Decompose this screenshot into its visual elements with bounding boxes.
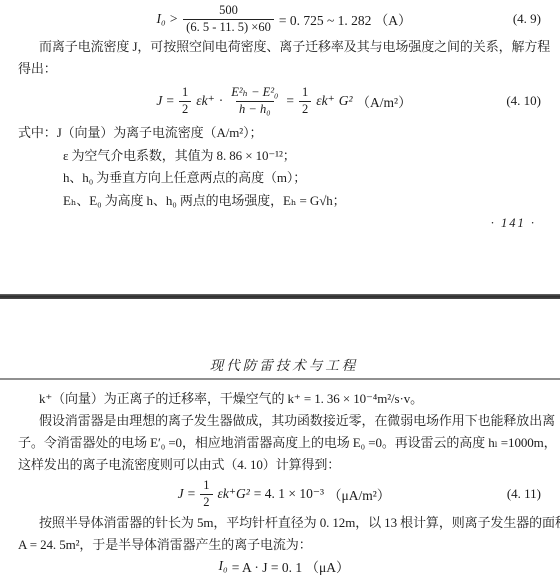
eq410-dot: · bbox=[219, 93, 224, 109]
paragraph-assumption: 假设消雷器是由理想的离子发生器做成，其功函数接近零，在微弱电场作用下也能释放出离… bbox=[18, 410, 550, 476]
definition-epsilon: ε 为空气介电系数，其值为 8. 86 × 10⁻¹²； bbox=[18, 145, 550, 168]
eq410-half-fraction: 1 2 bbox=[179, 85, 191, 117]
eq49-denominator: (6. 5 - 11. 5) ×60 bbox=[183, 19, 274, 36]
eq410-j: J bbox=[156, 93, 162, 109]
eq410-field-num: E²ₕ − E²₀ bbox=[228, 85, 281, 101]
eq411-value: = 4. 1 × 10⁻³ bbox=[254, 486, 324, 502]
eq410-equals: = bbox=[166, 93, 174, 109]
paragraph-line: 子。令消雷器处的电场 E′₀ =0，相应地消雷器高度上的电场 E₀ =0。再设雷… bbox=[18, 432, 550, 454]
eq411-half-num: 1 bbox=[200, 478, 212, 494]
eq410-half-den: 2 bbox=[179, 101, 191, 118]
page-number: · 141 · bbox=[18, 216, 550, 231]
equation-ion-current-body: I₀ = A · J = 0. 1 （μA） bbox=[219, 556, 350, 576]
eq411-half-fraction: 1 2 bbox=[200, 478, 212, 510]
eq411-unit: （μA/m²） bbox=[328, 484, 390, 504]
equation-4-9: I₀ > 500 (6. 5 - 11. 5) ×60 = 0. 725 ~ 1… bbox=[18, 2, 550, 36]
paragraph-line: 假设消雷器是由理想的离子发生器做成，其功函数接近零，在微弱电场作用下也能释放出离 bbox=[18, 410, 550, 432]
paragraph-line: 按照半导体消雷器的针长为 5m，平均针杆直径为 0. 12m，以 13 根计算，… bbox=[18, 512, 550, 534]
equation-4-11-body: J = 1 2 εk⁺G² = 4. 1 × 10⁻³ （μA/m²） bbox=[178, 478, 391, 510]
equation-ion-current: I₀ = A · J = 0. 1 （μA） bbox=[18, 556, 550, 575]
eq49-rhs: = 0. 725 ~ 1. 282 （A） bbox=[279, 9, 412, 29]
paragraph-area: 按照半导体消雷器的针长为 5m，平均针杆直径为 0. 12m，以 13 根计算，… bbox=[18, 512, 550, 556]
definition-j: 式中：J（向量）为离子电流密度（A/m²）； bbox=[18, 122, 550, 145]
eq49-numerator: 500 bbox=[216, 3, 241, 19]
equation-4-10-body: J = 1 2 εk⁺ · E²ₕ − E²₀ h − h₀ = 1 2 εk⁺ bbox=[156, 85, 411, 117]
paragraph-current-density: 而离子电流密度 J，可按照空间电荷密度、离子迁移率及其与电场强度之间的关系，解方… bbox=[18, 36, 550, 80]
paragraph-line: 这样发出的离子电流密度则可以由式（4. 10）计算得到： bbox=[18, 454, 550, 476]
equation-4-10: J = 1 2 εk⁺ · E²ₕ − E²₀ h − h₀ = 1 2 εk⁺ bbox=[18, 82, 550, 120]
paragraph-line: A = 24. 5m²，于是半导体消雷器产生的离子电流为： bbox=[18, 534, 550, 556]
eq411-j: J bbox=[178, 486, 184, 502]
eqfinal-i0: I₀ bbox=[219, 558, 228, 574]
eq410-epsilon-k: εk⁺ bbox=[196, 93, 214, 109]
eq410-g-squared: G² bbox=[339, 93, 353, 109]
paragraph-line: 而离子电流密度 J，可按照空间电荷密度、离子迁移率及其与电场强度之间的关系，解方… bbox=[18, 36, 550, 58]
eq410-half-num: 1 bbox=[179, 85, 191, 101]
page-142-fragment: 现代防雷技术与工程 k⁺（向量）为正离子的迁移率，干燥空气的 k⁺ = 1. 3… bbox=[0, 299, 560, 577]
eq410-unit: （A/m²） bbox=[357, 91, 412, 111]
eq49-fraction: 500 (6. 5 - 11. 5) ×60 bbox=[183, 3, 274, 35]
eq411-half-den: 2 bbox=[200, 494, 212, 511]
book-scan: I₀ > 500 (6. 5 - 11. 5) ×60 = 0. 725 ~ 1… bbox=[0, 0, 560, 577]
eq410-epsilon-k-2: εk⁺ bbox=[316, 93, 334, 109]
page-141-fragment: I₀ > 500 (6. 5 - 11. 5) ×60 = 0. 725 ~ 1… bbox=[0, 0, 560, 294]
eqfinal-rest: = A · J = 0. 1 （μA） bbox=[232, 556, 350, 576]
eq49-number: (4. 9) bbox=[513, 11, 541, 27]
running-head-title: 现代防雷技术与工程 bbox=[18, 357, 550, 374]
eq410-half2-den: 2 bbox=[299, 101, 311, 118]
eq411-number: (4. 11) bbox=[507, 486, 541, 502]
paragraph-line: k⁺（向量）为正离子的迁移率，干燥空气的 k⁺ = 1. 36 × 10⁻⁴m²… bbox=[18, 388, 550, 410]
eq410-field-fraction: E²ₕ − E²₀ h − h₀ bbox=[228, 85, 281, 117]
symbol-definitions: 式中：J（向量）为离子电流密度（A/m²）； ε 为空气介电系数，其值为 8. … bbox=[18, 122, 550, 212]
running-head-rule bbox=[0, 378, 560, 380]
eq410-half-fraction-2: 1 2 bbox=[299, 85, 311, 117]
eq49-lhs: I₀ > bbox=[156, 11, 178, 27]
eq410-field-den: h − h₀ bbox=[236, 101, 274, 118]
definition-h: h、h₀ 为垂直方向上任意两点的高度（m）； bbox=[18, 167, 550, 190]
paragraph-mobility: k⁺（向量）为正离子的迁移率，干燥空气的 k⁺ = 1. 36 × 10⁻⁴m²… bbox=[18, 388, 550, 410]
eq410-number: (4. 10) bbox=[506, 93, 541, 109]
definition-e: Eₕ、E₀ 为高度 h、h₀ 两点的电场强度，Eₕ = G√h； bbox=[18, 190, 550, 213]
eq410-half2-num: 1 bbox=[299, 85, 311, 101]
eq410-equals-2: = bbox=[286, 93, 294, 109]
eq411-equals: = bbox=[188, 486, 196, 502]
eq411-body-symbols: εk⁺G² bbox=[218, 486, 250, 502]
equation-4-11: J = 1 2 εk⁺G² = 4. 1 × 10⁻³ （μA/m²） (4. … bbox=[18, 478, 550, 510]
paragraph-line: 得出： bbox=[18, 58, 550, 80]
equation-4-9-body: I₀ > 500 (6. 5 - 11. 5) ×60 = 0. 725 ~ 1… bbox=[156, 3, 411, 35]
